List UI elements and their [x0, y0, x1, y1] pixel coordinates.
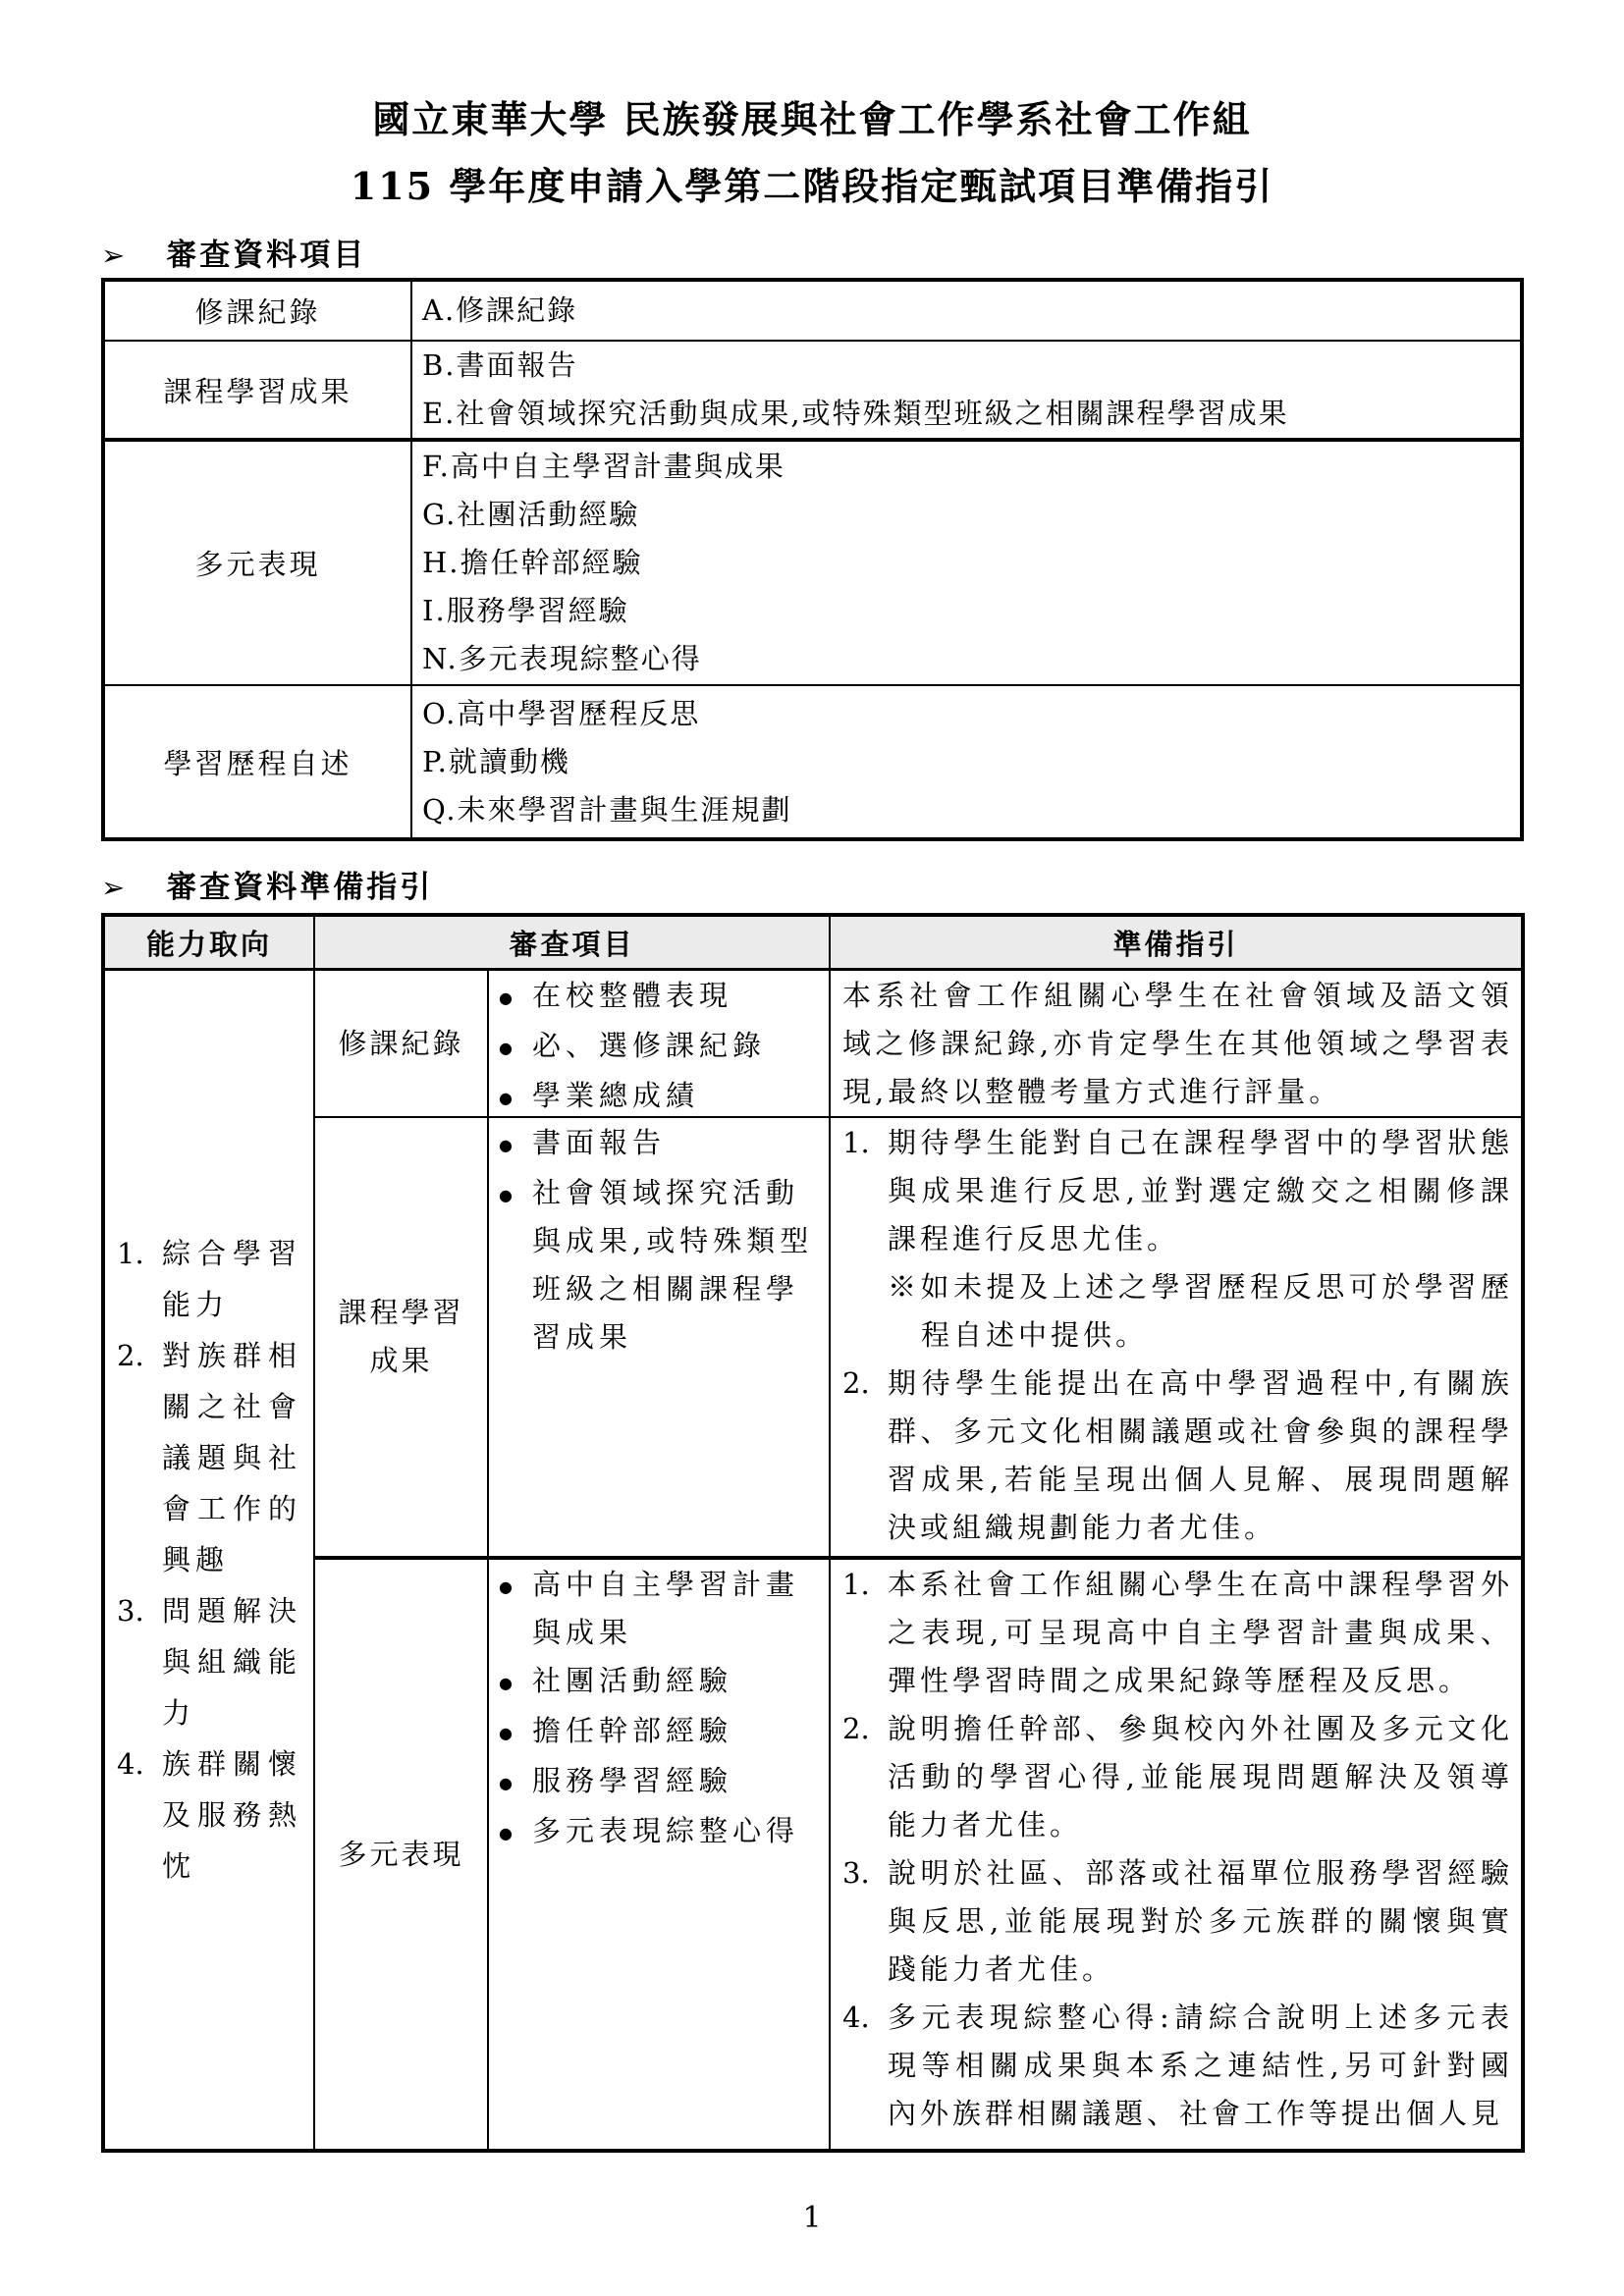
guide-item-text: 期待學生能提出在高中學習過程中,有關族群、多元文化相關議題或社會參與的課程學習成… — [888, 1360, 1513, 1552]
category-label: 學習歷程自述 — [163, 742, 352, 782]
document-page: 國立東華大學 民族發展與社會工作學系社會工作組 115 學年度申請入學第二階段指… — [0, 0, 1624, 2296]
header-ability: 能力取向 — [105, 917, 315, 971]
bullet-dot-icon: ● — [499, 1657, 532, 1707]
bullet-dot-icon: ● — [499, 1169, 532, 1362]
ability-item-number: 1. — [117, 1228, 162, 1330]
guide-item-text: 本系社會工作組關心學生在高中課程學習外之表現,可呈現高中自主學習計畫與成果、彈性… — [888, 1561, 1513, 1705]
header-label: 準備指引 — [1112, 923, 1238, 963]
review-category-label: 修課紀錄 — [338, 1020, 463, 1068]
bullet-item-text: 必、選修課紀錄 — [532, 1022, 823, 1072]
review-items-table: 修課紀錄 A.修課紀錄 課程學習成果 B.書面報告 E.社會領域探究活動與成果,… — [101, 278, 1524, 841]
bullet-dot-icon: ● — [499, 972, 532, 1022]
arrowhead-bullet-icon: ➢ — [101, 234, 125, 277]
bullet-item: ● 書面報告 — [499, 1119, 823, 1169]
ability-item-text: 對族群相關之社會議題與社會工作的興趣 — [162, 1330, 301, 1585]
item-text: P.就讀動機 — [422, 738, 1520, 786]
bullet-item: ● 服務學習經驗 — [499, 1757, 823, 1807]
category-cell: 修課紀錄 — [105, 282, 412, 342]
ability-item-number: 2. — [117, 1330, 162, 1585]
review-category-label: 多元表現 — [338, 1831, 463, 1879]
header-review-items: 審查項目 — [315, 917, 831, 971]
bullet-dot-icon: ● — [499, 1757, 532, 1807]
ability-list: 1. 綜合學習能力 2. 對族群相關之社會議題與社會工作的興趣 3. 問題解決與… — [117, 1228, 301, 1892]
bullet-item: ● 必、選修課紀錄 — [499, 1022, 823, 1072]
ability-item-text: 綜合學習能力 — [162, 1228, 301, 1330]
guide-item: 1. 期待學生能對自己在課程學習中的學習狀態與成果進行反思,並對選定繳交之相關修… — [842, 1119, 1513, 1360]
items-cell: O.高中學習歷程反思 P.就讀動機 Q.未來學習計畫與生涯規劃 — [412, 686, 1520, 837]
document-title-line1: 國立東華大學 民族發展與社會工作學系社會工作組 — [0, 96, 1624, 143]
bullet-item-text: 社會領域探究活動與成果,或特殊類型班級之相關課程學習成果 — [532, 1169, 823, 1362]
review-items-cell: ● 書面報告 ● 社會領域探究活動與成果,或特殊類型班級之相關課程學習成果 — [489, 1118, 831, 1560]
bullet-item: ● 高中自主學習計畫與成果 — [499, 1561, 823, 1657]
bullet-dot-icon: ● — [499, 1072, 532, 1122]
bullet-item: ● 社會領域探究活動與成果,或特殊類型班級之相關課程學習成果 — [499, 1169, 823, 1362]
guide-item-number: 4. — [842, 1994, 888, 2138]
item-text: G.社團活動經驗 — [422, 491, 1520, 539]
ability-item-number: 4. — [117, 1738, 162, 1892]
bullet-item-text: 服務學習經驗 — [532, 1757, 823, 1807]
guide-item: 2. 期待學生能提出在高中學習過程中,有關族群、多元文化相關議題或社會參與的課程… — [842, 1360, 1513, 1552]
guide-item-number: 2. — [842, 1705, 888, 1849]
page-number: 1 — [0, 2201, 1624, 2235]
bullet-item-text: 學業總成績 — [532, 1072, 823, 1122]
bullet-item-text: 多元表現綜整心得 — [532, 1807, 823, 1857]
items-cell: F.高中自主學習計畫與成果 G.社團活動經驗 H.擔任幹部經驗 I.服務學習經驗… — [412, 442, 1520, 686]
item-text: O.高中學習歷程反思 — [422, 690, 1520, 738]
guide-item-number: 2. — [842, 1360, 888, 1552]
bullet-dot-icon: ● — [499, 1807, 532, 1857]
bullet-item-text: 在校整體表現 — [532, 972, 823, 1022]
review-items-cell: ● 在校整體表現 ● 必、選修課紀錄 ● 學業總成績 — [489, 971, 831, 1118]
guide-item-text: 說明擔任幹部、參與校內外社團及多元文化活動的學習心得,並能展現問題解決及領導能力… — [888, 1705, 1513, 1849]
guide-item-text: 說明於社區、部落或社福單位服務學習經驗與反思,並能展現對於多元族群的關懷與實踐能… — [888, 1849, 1513, 1994]
category-label: 課程學習成果 — [163, 370, 352, 410]
item-text: Q.未來學習計畫與生涯規劃 — [422, 786, 1520, 834]
ability-item: 1. 綜合學習能力 — [117, 1228, 301, 1330]
section2-heading-text: 審查資料準備指引 — [166, 866, 433, 909]
bullet-item: ● 在校整體表現 — [499, 972, 823, 1022]
bullet-dot-icon: ● — [499, 1119, 532, 1169]
bullet-item-text: 社團活動經驗 — [532, 1657, 823, 1707]
ability-orientation-cell: 1. 綜合學習能力 2. 對族群相關之社會議題與社會工作的興趣 3. 問題解決與… — [105, 971, 315, 2149]
item-text: A.修課紀錄 — [422, 287, 1520, 335]
section1-heading: ➢ 審查資料項目 — [101, 234, 366, 277]
guide-item: 3. 說明於社區、部落或社福單位服務學習經驗與反思,並能展現對於多元族群的關懷與… — [842, 1849, 1513, 1994]
bullet-item: ● 學業總成績 — [499, 1072, 823, 1122]
category-label: 修課紀錄 — [194, 291, 320, 331]
review-category-cell: 多元表現 — [315, 1560, 489, 2149]
item-text: F.高中自主學習計畫與成果 — [422, 443, 1520, 491]
category-cell: 課程學習成果 — [105, 342, 412, 442]
bullet-item-text: 書面報告 — [532, 1119, 823, 1169]
bullet-item: ● 擔任幹部經驗 — [499, 1707, 823, 1757]
ability-item: 3. 問題解決與組織能力 — [117, 1585, 301, 1738]
item-text: I.服務學習經驗 — [422, 587, 1520, 635]
ability-item-text: 族群關懷及服務熱忱 — [162, 1738, 301, 1892]
category-cell: 學習歷程自述 — [105, 686, 412, 837]
ability-item-number: 3. — [117, 1585, 162, 1738]
header-label: 能力取向 — [146, 923, 272, 963]
review-items-cell: ● 高中自主學習計畫與成果 ● 社團活動經驗 ● 擔任幹部經驗 ● 服務學習經驗… — [489, 1560, 831, 2149]
items-cell: B.書面報告 E.社會領域探究活動與成果,或特殊類型班級之相關課程學習成果 — [412, 342, 1520, 442]
review-category-cell: 修課紀錄 — [315, 971, 489, 1118]
guide-item-text: 多元表現綜整心得:請綜合說明上述多元表現等相關成果與本系之連結性,另可針對國內外… — [888, 1994, 1513, 2138]
document-title-line2: 115 學年度申請入學第二階段指定甄試項目準備指引 — [0, 163, 1624, 210]
guide-item: 2. 說明擔任幹部、參與校內外社團及多元文化活動的學習心得,並能展現問題解決及領… — [842, 1705, 1513, 1849]
guide-item-note: ※如未提及上述之學習歷程反思可於學習歷程自述中提供。 — [888, 1263, 1513, 1360]
guide-cell: 1. 本系社會工作組關心學生在高中課程學習外之表現,可呈現高中自主學習計畫與成果… — [831, 1560, 1521, 2149]
bullet-item-text: 擔任幹部經驗 — [532, 1707, 823, 1757]
section1-heading-text: 審查資料項目 — [166, 234, 366, 277]
bullet-dot-icon: ● — [499, 1022, 532, 1072]
bullet-dot-icon: ● — [499, 1707, 532, 1757]
item-text: E.社會領域探究活動與成果,或特殊類型班級之相關課程學習成果 — [422, 390, 1520, 438]
section2-heading: ➢ 審查資料準備指引 — [101, 866, 433, 909]
guide-item-number: 1. — [842, 1561, 888, 1705]
guide-cell: 1. 期待學生能對自己在課程學習中的學習狀態與成果進行反思,並對選定繳交之相關修… — [831, 1118, 1521, 1560]
category-cell: 多元表現 — [105, 442, 412, 686]
preparation-guide-table: 能力取向 審查項目 準備指引 1. 綜合學習能力 2. 對族群相關之社會議題與社… — [101, 913, 1525, 2153]
ability-item: 4. 族群關懷及服務熱忱 — [117, 1738, 301, 1892]
guide-item: 本系社會工作組關心學生在社會領域及語文領域之修課紀錄,亦肯定學生在其他領域之學習… — [842, 972, 1513, 1116]
review-category-label: 課程學習成果 — [328, 1289, 475, 1385]
ability-item: 2. 對族群相關之社會議題與社會工作的興趣 — [117, 1330, 301, 1585]
bullet-dot-icon: ● — [499, 1561, 532, 1657]
guide-item-text: 期待學生能對自己在課程學習中的學習狀態與成果進行反思,並對選定繳交之相關修課課程… — [888, 1119, 1513, 1263]
header-label: 審查項目 — [509, 923, 634, 963]
guide-item-number: 1. — [842, 1119, 888, 1360]
guide-item: 1. 本系社會工作組關心學生在高中課程學習外之表現,可呈現高中自主學習計畫與成果… — [842, 1561, 1513, 1705]
items-cell: A.修課紀錄 — [412, 282, 1520, 342]
guide-item-number: 3. — [842, 1849, 888, 1994]
guide-item: 4. 多元表現綜整心得:請綜合說明上述多元表現等相關成果與本系之連結性,另可針對… — [842, 1994, 1513, 2138]
arrowhead-bullet-icon: ➢ — [101, 866, 125, 909]
guide-cell: 本系社會工作組關心學生在社會領域及語文領域之修課紀錄,亦肯定學生在其他領域之學習… — [831, 971, 1521, 1118]
item-text: N.多元表現綜整心得 — [422, 635, 1520, 683]
bullet-item: ● 社團活動經驗 — [499, 1657, 823, 1707]
guide-item-text: 本系社會工作組關心學生在社會領域及語文領域之修課紀錄,亦肯定學生在其他領域之學習… — [842, 972, 1513, 1116]
bullet-item: ● 多元表現綜整心得 — [499, 1807, 823, 1857]
header-guide: 準備指引 — [831, 917, 1521, 971]
ability-item-text: 問題解決與組織能力 — [162, 1585, 301, 1738]
item-text: B.書面報告 — [422, 342, 1520, 390]
bullet-item-text: 高中自主學習計畫與成果 — [532, 1561, 823, 1657]
review-category-cell: 課程學習成果 — [315, 1118, 489, 1560]
category-label: 多元表現 — [194, 543, 320, 583]
item-text: H.擔任幹部經驗 — [422, 539, 1520, 587]
